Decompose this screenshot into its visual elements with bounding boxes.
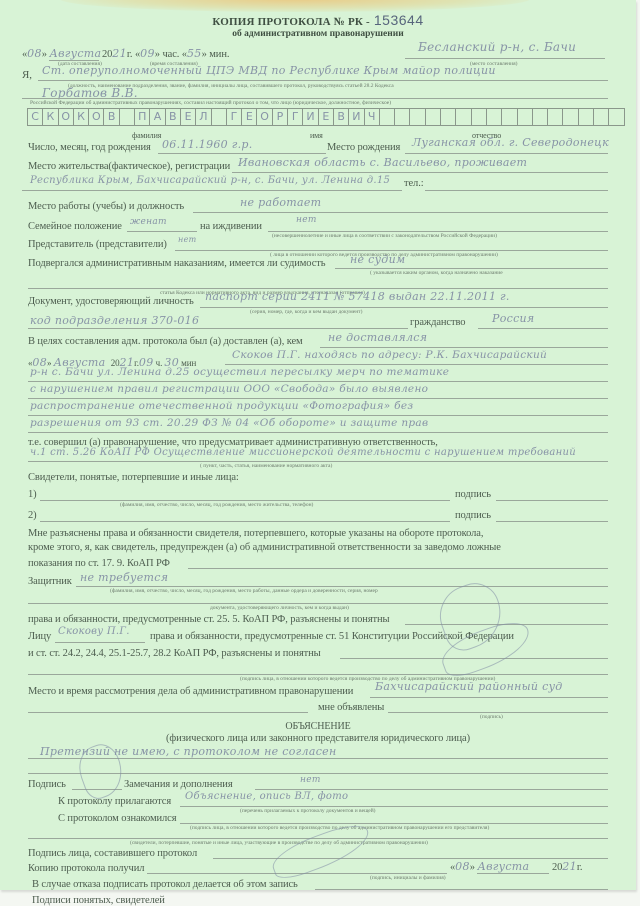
name-letter-box	[120, 108, 135, 126]
offense-line: р-н с. Бачи ул. Ленина д.25 осуществил п…	[30, 366, 449, 378]
name-letter-box: Е	[181, 108, 196, 126]
name-letter-box	[548, 108, 563, 126]
attachments: Объяснение, опись ВЛ, фото	[185, 791, 348, 802]
offense-line: Скоков П.Г. находясь по адресу: Р.К. Бах…	[232, 349, 547, 361]
dependents: нет	[296, 215, 317, 225]
explanation-subtitle: (физического лица или законного представ…	[0, 733, 636, 744]
offense-article: ч.1 ст. 5.26 КоАП РФ Осуществление мисси…	[30, 447, 576, 458]
name-letter-box	[212, 108, 227, 126]
family-status: женат	[130, 217, 167, 227]
name-letter-box: Е	[242, 108, 257, 126]
date-month: Августа	[49, 47, 99, 61]
document-title: КОПИЯ ПРОТОКОЛА № РК -	[212, 16, 370, 28]
residence-line-1: Ивановская область с. Васильево, прожива…	[238, 156, 527, 169]
offense-line: распространение отечественной продукции …	[30, 400, 413, 412]
criminal-record: не судим	[350, 253, 405, 266]
name-letter-box: К	[74, 108, 89, 126]
name-letter-box: С	[28, 108, 43, 126]
date-day: 08	[27, 47, 42, 60]
copy-date: «08» Августа 2021г.	[450, 860, 582, 874]
delivered-by: не доставлялся	[328, 331, 427, 344]
composition-place: Бесланский р-н, с. Бачи	[418, 40, 576, 54]
name-letter-box: Г	[288, 108, 303, 126]
defender: не требуется	[80, 571, 168, 584]
time-minute: 55	[187, 47, 202, 60]
document-issuer-code: код подразделения 370-016	[30, 314, 199, 327]
name-letter-box: А	[150, 108, 165, 126]
representative: нет	[178, 235, 197, 244]
hearing-place: Бахчисарайский районный суд	[375, 680, 563, 693]
birth-place: Луганская обл. г. Северодонецк	[412, 136, 609, 149]
explanation-title: ОБЪЯСНЕНИЕ	[0, 721, 636, 732]
document-subtitle: об административном правонарушении	[0, 29, 636, 39]
name-letter-box: И	[349, 108, 364, 126]
protocol-sheet: КОПИЯ ПРОТОКОЛА № РК - 153644 об админис…	[0, 0, 636, 890]
name-letter-box	[380, 108, 395, 126]
citizenship: Россия	[492, 312, 535, 325]
residence-line-2: Республика Крым, Бахчисарайский р-н, с. …	[30, 175, 390, 186]
identity-document: паспорт серии 2411 № 57418 выдан 22.11.2…	[205, 290, 510, 303]
name-letter-box: О	[89, 108, 104, 126]
name-letter-box	[579, 108, 594, 126]
name-letter-box: Р	[273, 108, 288, 126]
date-year: 21	[112, 47, 127, 60]
work-place: не работает	[240, 196, 321, 209]
name-letter-box: К	[43, 108, 58, 126]
offense-line: разрешения от 93 ст. 20.29 ФЗ № 04 «Об о…	[30, 417, 428, 429]
author-position: Ст. оперуполномоченный ЦПЭ МВД по Респуб…	[42, 64, 496, 77]
name-letter-box	[487, 108, 502, 126]
name-letter-box: О	[59, 108, 74, 126]
name-letter-box: И	[303, 108, 318, 126]
name-letter-box	[410, 108, 425, 126]
name-letter-box	[609, 108, 624, 126]
person-short-name: Скокову П.Г.	[58, 626, 130, 637]
composition-date: «08» Августа 2021г. «09» час. «55» мин.	[22, 47, 229, 61]
paper-stain	[60, 0, 530, 12]
protocol-number: 153644	[374, 12, 424, 28]
time-hour: 09	[140, 47, 155, 60]
birth-date: 06.11.1960 г.р.	[162, 138, 253, 151]
name-letter-box	[533, 108, 548, 126]
name-letter-box: П	[135, 108, 150, 126]
name-letter-box	[472, 108, 487, 126]
offense-line: с нарушением правил регистрации ООО «Сво…	[30, 383, 428, 395]
name-letter-box: Е	[319, 108, 334, 126]
name-letter-box	[456, 108, 471, 126]
person-name-boxes: СКОКОВПАВЕЛГЕОРГИЕВИЧ	[27, 108, 625, 126]
name-letter-box: В	[104, 108, 119, 126]
name-letter-box: В	[334, 108, 349, 126]
name-letter-box: Л	[196, 108, 211, 126]
name-letter-box: Г	[227, 108, 242, 126]
document-header: КОПИЯ ПРОТОКОЛА № РК - 153644	[0, 12, 636, 30]
name-letter-box: О	[257, 108, 272, 126]
name-letter-box: Ч	[365, 108, 380, 126]
name-letter-box	[395, 108, 410, 126]
name-letter-box: В	[166, 108, 181, 126]
remarks: нет	[300, 775, 321, 785]
name-letter-box	[426, 108, 441, 126]
name-letter-box	[563, 108, 578, 126]
name-letter-box	[594, 108, 609, 126]
name-letter-box	[518, 108, 533, 126]
name-letter-box	[441, 108, 456, 126]
name-letter-box	[502, 108, 517, 126]
